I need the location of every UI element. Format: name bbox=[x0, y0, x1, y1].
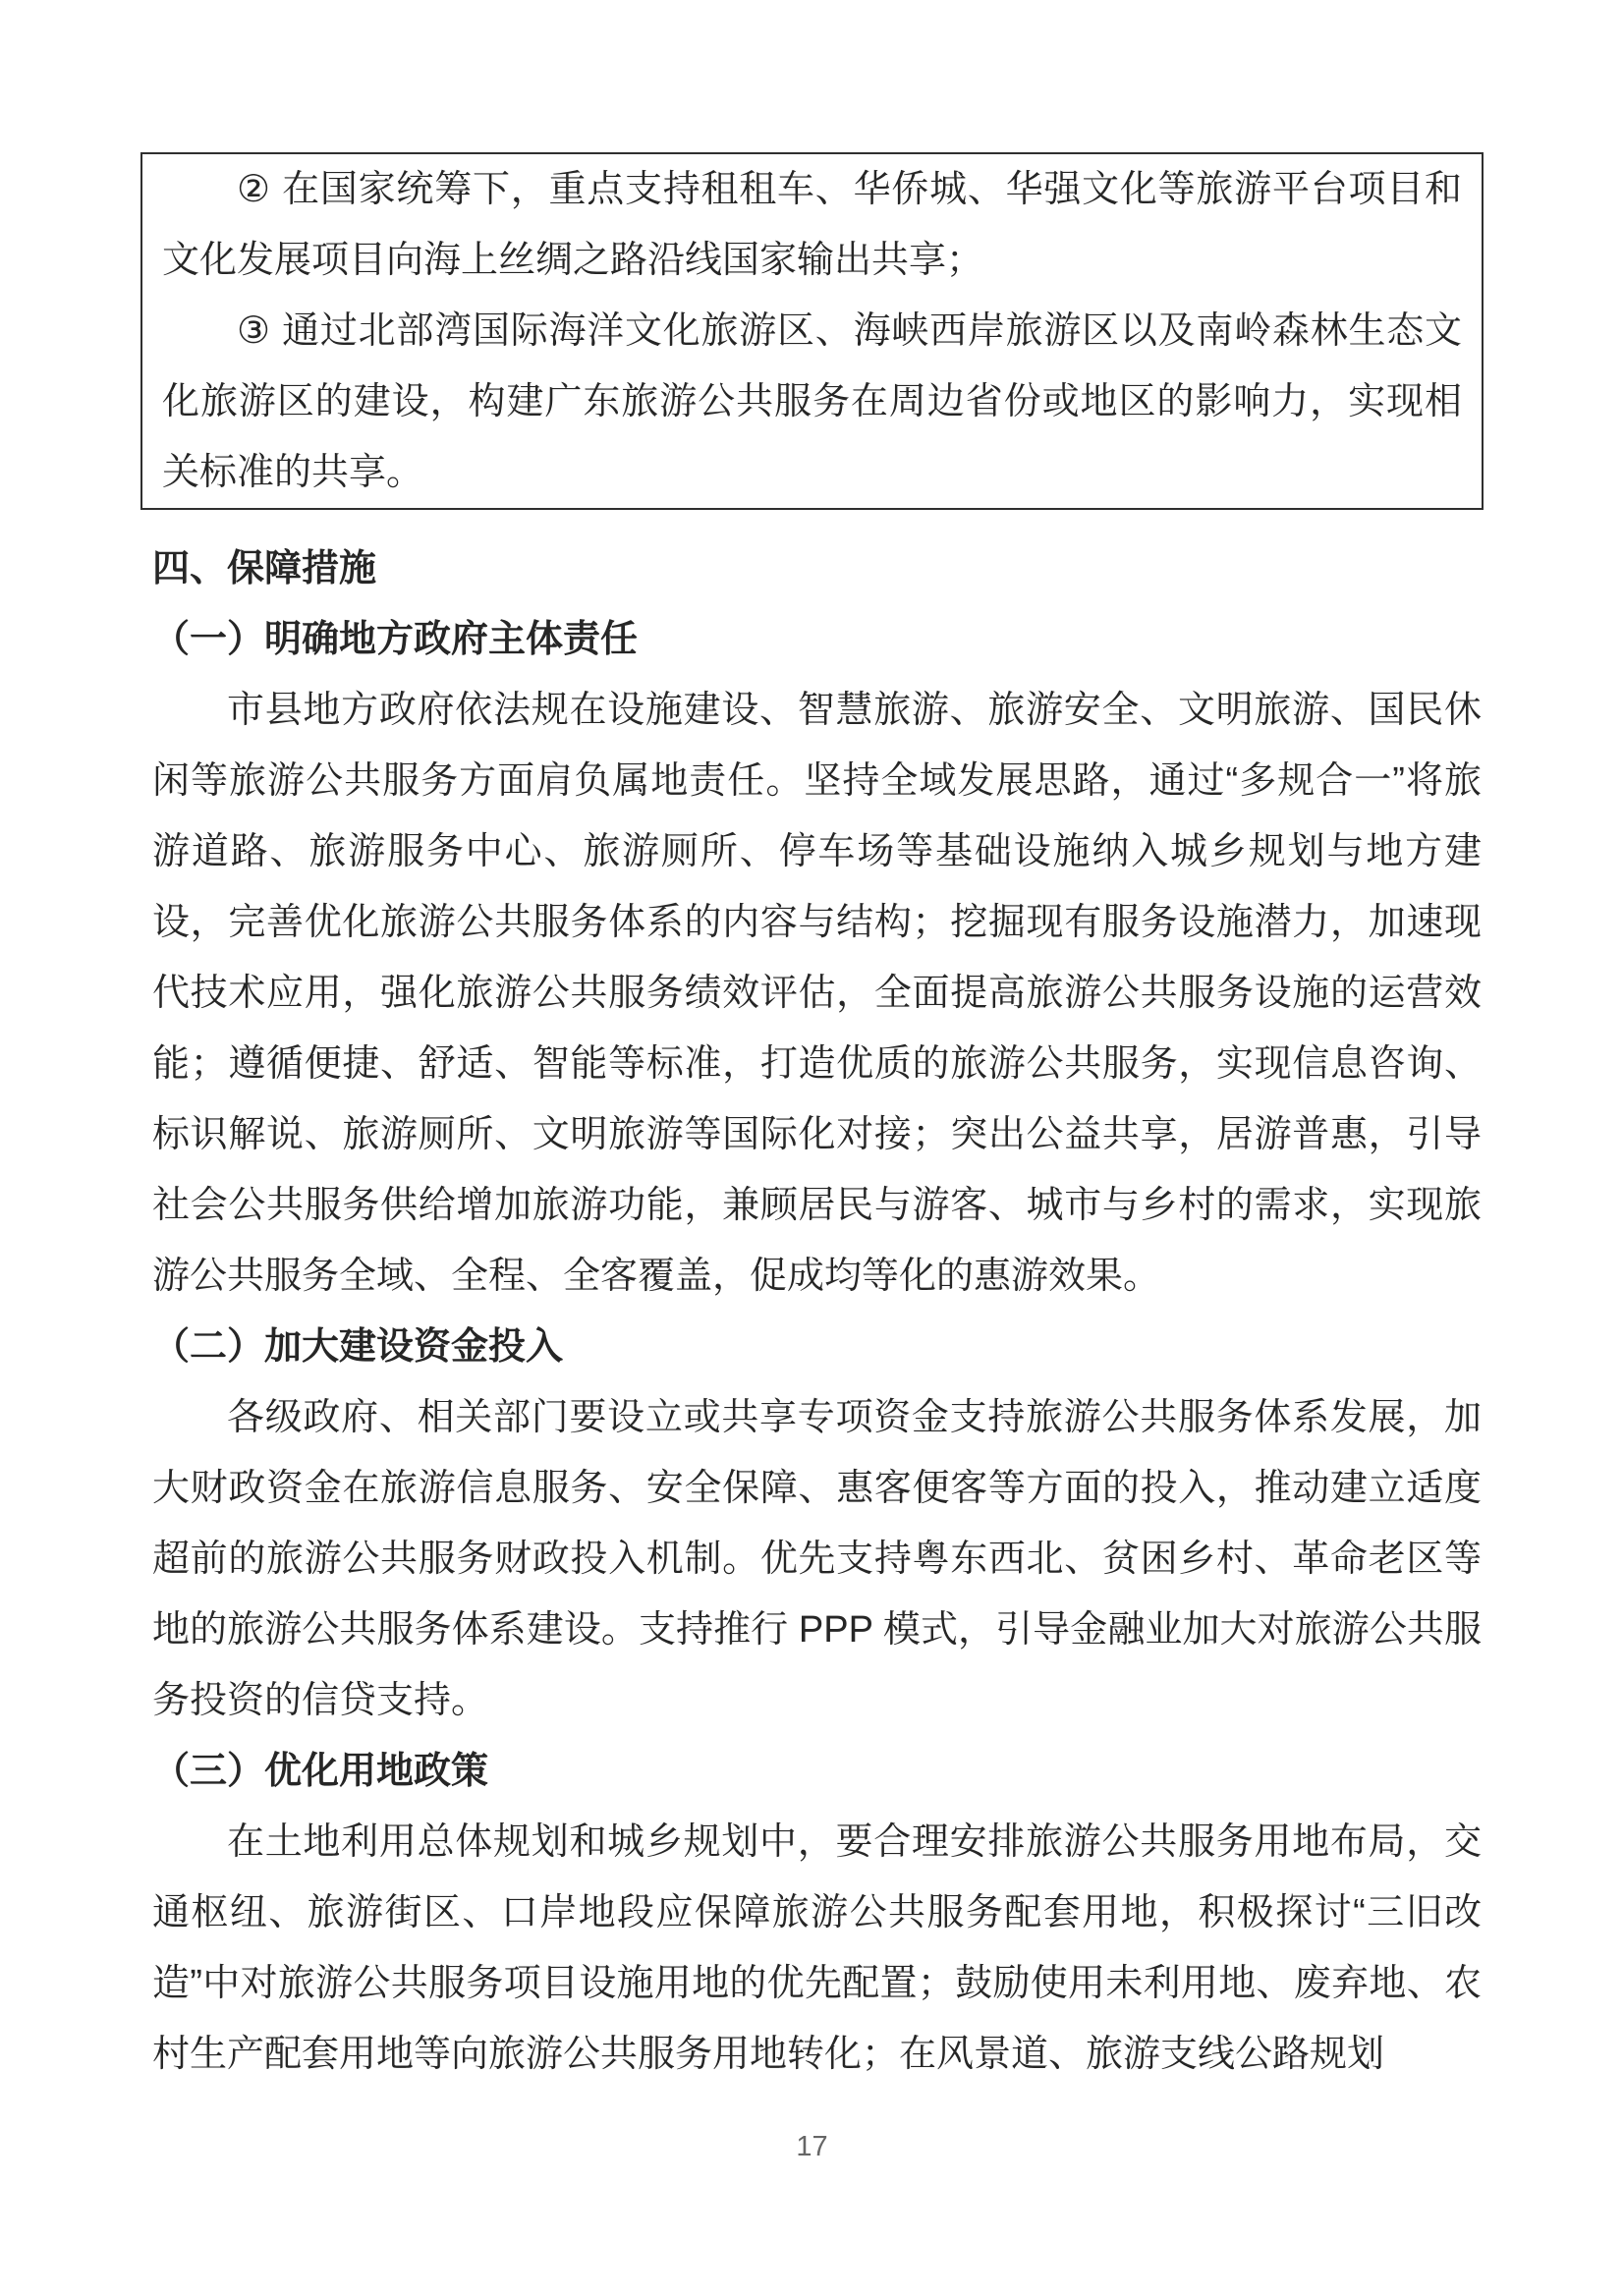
section-heading: 四、保障措施 bbox=[152, 533, 1482, 604]
subsection-paragraph-2: 各级政府、相关部门要设立或共享专项资金支持旅游公共服务体系发展，加大财政资金在旅… bbox=[152, 1382, 1482, 1736]
subsection-heading-1: （一）明确地方政府主体责任 bbox=[152, 604, 1482, 675]
page-number: 17 bbox=[0, 2130, 1624, 2163]
subsection-paragraph-1: 市县地方政府依法规在设施建设、智慧旅游、旅游安全、文明旅游、国民休闲等旅游公共服… bbox=[152, 675, 1482, 1312]
subsection-heading-3: （三）优化用地政策 bbox=[152, 1736, 1482, 1807]
subsection-paragraph-3: 在土地利用总体规划和城乡规划中，要合理安排旅游公共服务用地布局，交通枢纽、旅游街… bbox=[152, 1807, 1482, 2090]
document-page: ② 在国家统筹下，重点支持租租车、华侨城、华强文化等旅游平台项目和文化发展项目向… bbox=[0, 0, 1624, 2296]
highlight-box: ② 在国家统筹下，重点支持租租车、华侨城、华强文化等旅游平台项目和文化发展项目向… bbox=[140, 152, 1484, 510]
subsection-heading-2: （二）加大建设资金投入 bbox=[152, 1312, 1482, 1382]
callout-paragraph: ③ 通过北部湾国际海洋文化旅游区、海峡西岸旅游区以及南岭森林生态文化旅游区的建设… bbox=[162, 296, 1462, 508]
callout-paragraph: ② 在国家统筹下，重点支持租租车、华侨城、华强文化等旅游平台项目和文化发展项目向… bbox=[162, 154, 1462, 296]
document-content: ② 在国家统筹下，重点支持租租车、华侨城、华强文化等旅游平台项目和文化发展项目向… bbox=[0, 0, 1624, 2090]
